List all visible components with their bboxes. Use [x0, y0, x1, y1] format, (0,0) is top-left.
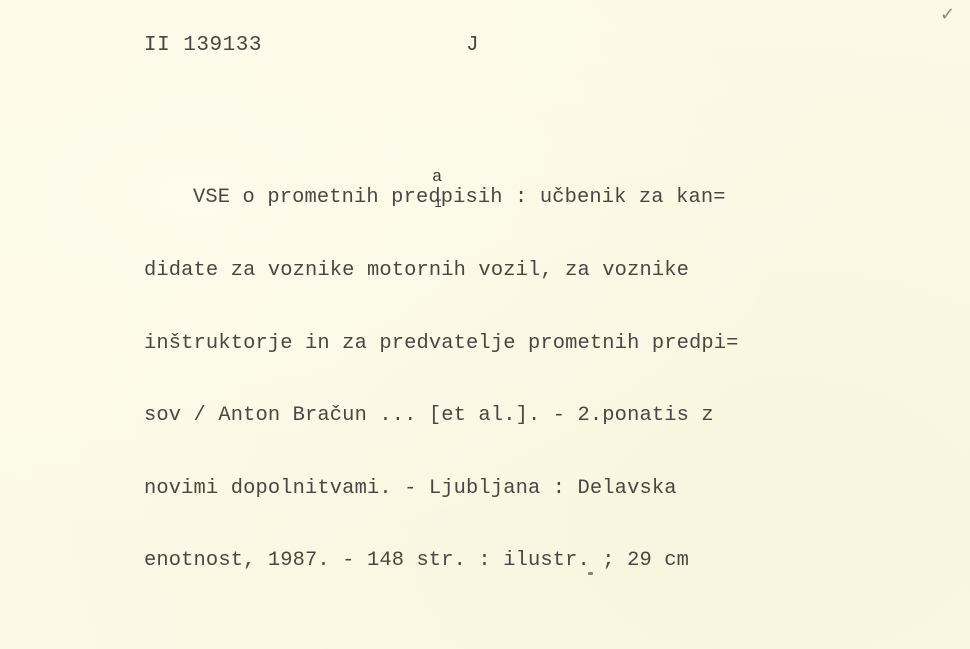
handwritten-correction: a — [432, 168, 442, 187]
catalog-card: II 139133 J ✓ VSE o prometnih predpisih … — [0, 0, 970, 649]
entry-line: novimi dopolnitvami. - Ljubljana : Delav… — [144, 477, 739, 501]
format-letter: J — [466, 34, 479, 57]
entry-line: enotnost, 1987. - 148 str. : ilustr. ; 2… — [144, 549, 739, 573]
insertion-mark: ɪ — [434, 196, 442, 212]
entry-line: didate za voznike motornih vozil, za voz… — [144, 259, 739, 283]
paper-speck — [588, 572, 593, 575]
entry-line: sov / Anton Bračun ... [et al.]. - 2.pon… — [144, 404, 739, 428]
shelfmark: II 139133 — [144, 34, 262, 57]
checkmark-icon: ✓ — [940, 4, 955, 25]
entry-line: inštruktorje in za predvatelje prometnih… — [144, 332, 739, 356]
